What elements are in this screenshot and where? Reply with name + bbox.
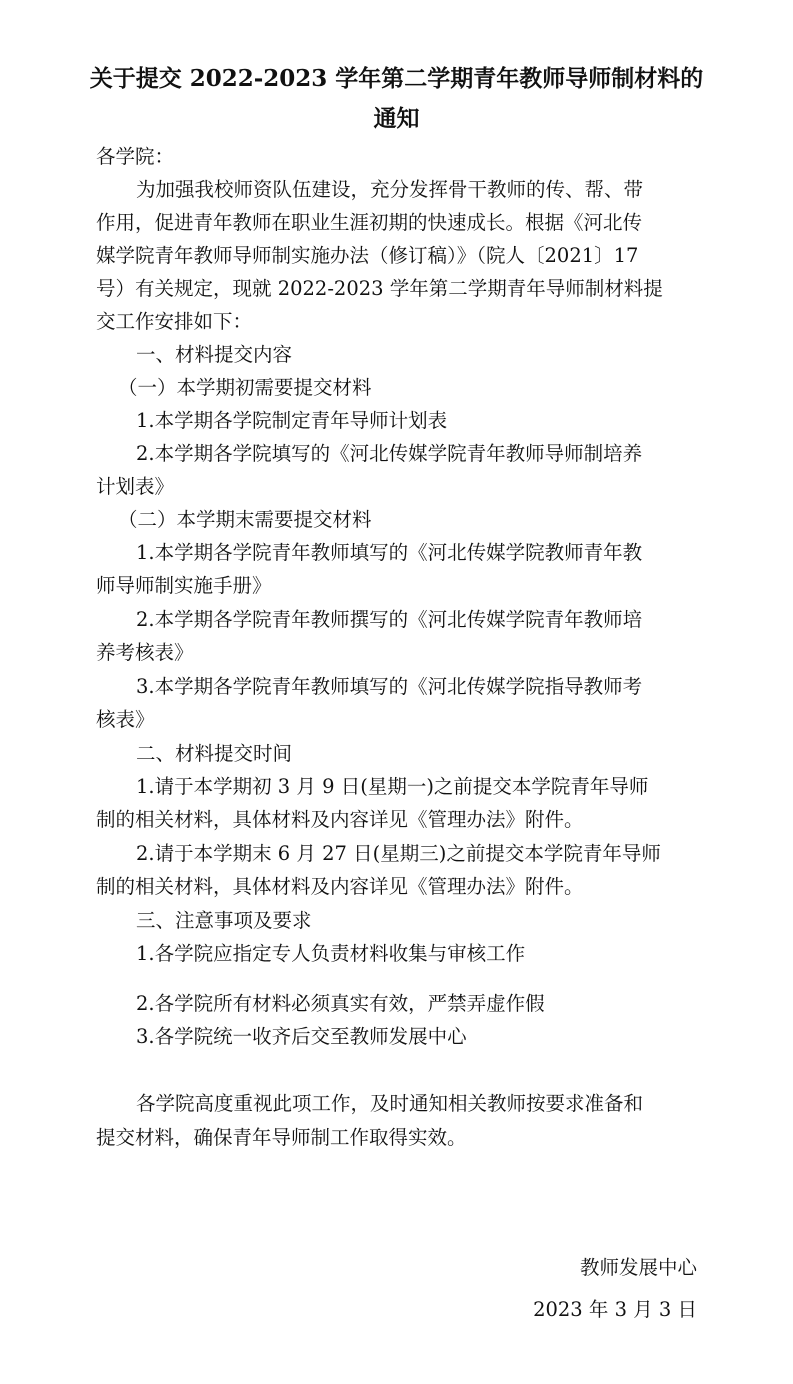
notice-title-line2: 通知: [80, 100, 713, 133]
section3-heading: 三、注意事项及要求: [136, 909, 740, 933]
section2-heading: 二、材料提交时间: [136, 742, 740, 766]
intro-line: 交工作安排如下：: [96, 310, 700, 334]
salutation: 各学院：: [96, 145, 700, 169]
list-item: 1.本学期各学院制定青年导师计划表: [136, 409, 740, 433]
intro-line: 为加强我校师资队伍建设，充分发挥骨干教师的传、帮、带: [136, 178, 740, 202]
list-item: 2.请于本学期末 6 月 27 日(星期三)之前提交本学院青年导师: [136, 842, 740, 866]
list-item-cont: 核表》: [96, 708, 700, 732]
intro-line: 作用，促进青年教师在职业生涯初期的快速成长。根据《河北传: [96, 211, 700, 235]
list-item-cont: 师导师制实施手册》: [96, 574, 700, 598]
list-item: 3.本学期各学院青年教师填写的《河北传媒学院指导教师考: [136, 675, 740, 699]
section1-sub2-heading: （二）本学期末需要提交材料: [118, 508, 722, 532]
list-item: 1.请于本学期初 3 月 9 日(星期一)之前提交本学院青年导师: [136, 775, 740, 799]
list-item: 1.本学期各学院青年教师填写的《河北传媒学院教师青年教: [136, 541, 740, 565]
intro-line: 媒学院青年教师导师制实施办法（修订稿）》（院人〔2021〕17: [96, 244, 700, 268]
list-item: 1.各学院应指定专人负责材料收集与审核工作: [136, 942, 740, 966]
list-item: 2.本学期各学院填写的《河北传媒学院青年教师导师制培养: [136, 442, 740, 466]
notice-title-line1: 关于提交 2022-2023 学年第二学期青年教师导师制材料的: [80, 60, 713, 93]
list-item-cont: 制的相关材料，具体材料及内容详见《管理办法》附件。: [96, 808, 700, 832]
intro-line: 号）有关规定，现就 2022-2023 学年第二学期青年导师制材料提: [96, 277, 700, 301]
section1-sub1-heading: （一）本学期初需要提交材料: [118, 376, 722, 400]
closing-line: 各学院高度重视此项工作，及时通知相关教师按要求准备和: [136, 1092, 740, 1116]
list-item: 3.各学院统一收齐后交至教师发展中心: [136, 1025, 740, 1049]
list-item-cont: 养考核表》: [96, 641, 700, 665]
list-item: 2.各学院所有材料必须真实有效，严禁弄虚作假: [136, 992, 740, 1016]
list-item-cont: 计划表》: [96, 475, 700, 499]
signature-org: 教师发展中心: [580, 1256, 697, 1280]
list-item: 2.本学期各学院青年教师撰写的《河北传媒学院青年教师培: [136, 608, 740, 632]
closing-line: 提交材料，确保青年导师制工作取得实效。: [96, 1126, 700, 1150]
section1-heading: 一、材料提交内容: [136, 343, 740, 367]
signature-date: 2023 年 3 月 3 日: [533, 1298, 697, 1322]
list-item-cont: 制的相关材料，具体材料及内容详见《管理办法》附件。: [96, 875, 700, 899]
